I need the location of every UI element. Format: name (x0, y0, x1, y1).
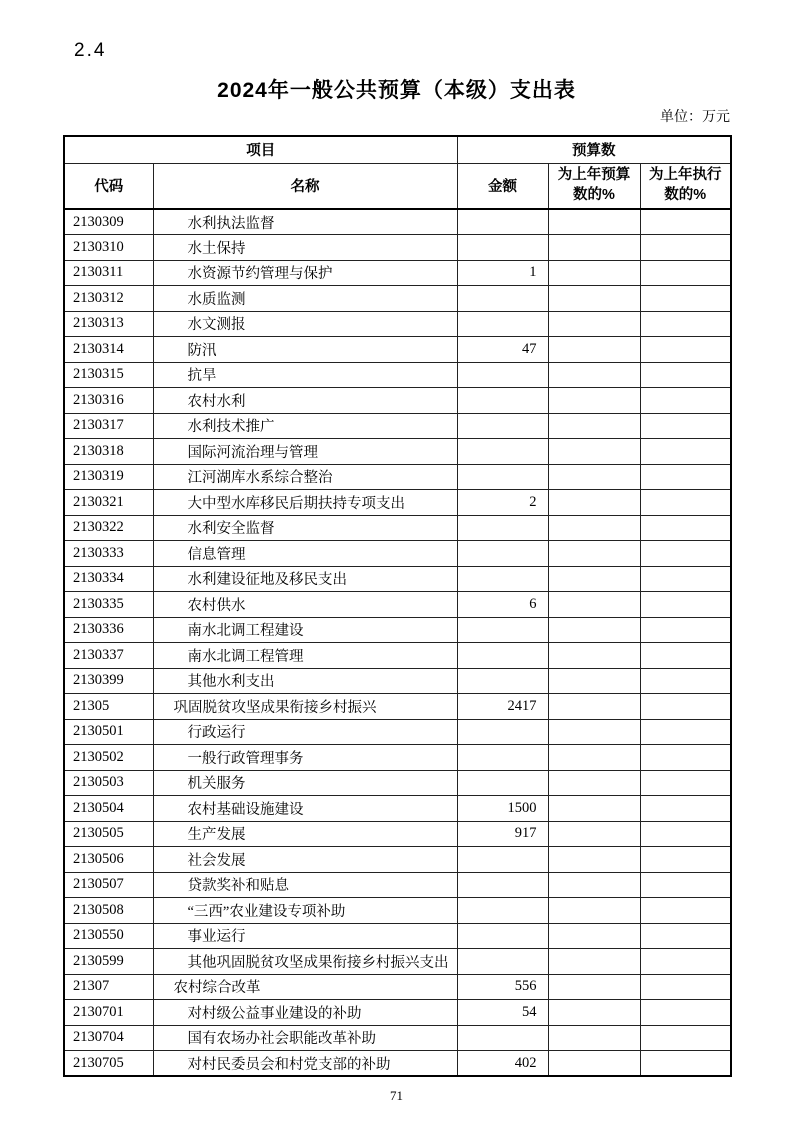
row-amount (457, 311, 548, 337)
row-amount (457, 770, 548, 796)
row-name: 水利安全监督 (153, 515, 457, 541)
row-pct-prev-budget (548, 796, 640, 822)
row-pct-prev-exec (640, 337, 731, 363)
row-name: 社会发展 (153, 847, 457, 873)
section-label: 2.4 (74, 40, 106, 62)
row-name: 机关服务 (153, 770, 457, 796)
row-pct-prev-exec (640, 898, 731, 924)
row-amount (457, 949, 548, 975)
row-pct-prev-budget (548, 821, 640, 847)
row-code: 2130704 (64, 1025, 153, 1051)
page-title: 2024年一般公共预算（本级）支出表 (0, 74, 793, 104)
table-row: 2130336南水北调工程建设 (64, 617, 731, 643)
row-amount: 1500 (457, 796, 548, 822)
row-name: 事业运行 (153, 923, 457, 949)
table-row: 2130335农村供水6 (64, 592, 731, 618)
table-row: 2130504农村基础设施建设1500 (64, 796, 731, 822)
row-pct-prev-budget (548, 566, 640, 592)
row-code: 2130599 (64, 949, 153, 975)
row-amount (457, 1025, 548, 1051)
row-amount (457, 566, 548, 592)
row-pct-prev-budget (548, 592, 640, 618)
table-row: 2130506社会发展 (64, 847, 731, 873)
row-code: 2130508 (64, 898, 153, 924)
row-pct-prev-exec (640, 770, 731, 796)
row-code: 2130313 (64, 311, 153, 337)
table-row: 21307农村综合改革556 (64, 974, 731, 1000)
row-pct-prev-exec (640, 286, 731, 312)
row-amount: 47 (457, 337, 548, 363)
row-amount (457, 388, 548, 414)
row-pct-prev-exec (640, 1000, 731, 1026)
row-amount (457, 872, 548, 898)
table-row: 2130705对村民委员会和村党支部的补助402 (64, 1051, 731, 1077)
header-pct-prev-budget: 为上年预算数的% (548, 163, 640, 209)
row-pct-prev-budget (548, 923, 640, 949)
table-row: 2130311水资源节约管理与保护1 (64, 260, 731, 286)
row-amount: 1 (457, 260, 548, 286)
row-code: 2130314 (64, 337, 153, 363)
row-amount: 54 (457, 1000, 548, 1026)
row-code: 2130318 (64, 439, 153, 465)
row-name: 贷款奖补和贴息 (153, 872, 457, 898)
row-pct-prev-exec (640, 566, 731, 592)
row-name: 江河湖库水系综合整治 (153, 464, 457, 490)
header-project: 项目 (64, 136, 457, 163)
row-pct-prev-budget (548, 847, 640, 873)
table-row: 2130505生产发展917 (64, 821, 731, 847)
table-row: 2130334水利建设征地及移民支出 (64, 566, 731, 592)
row-pct-prev-budget (548, 490, 640, 516)
row-name: 农村基础设施建设 (153, 796, 457, 822)
row-code: 2130504 (64, 796, 153, 822)
row-amount (457, 439, 548, 465)
table-row: 2130333信息管理 (64, 541, 731, 567)
row-amount (457, 235, 548, 261)
table-row: 2130313水文测报 (64, 311, 731, 337)
row-name: 水利执法监督 (153, 209, 457, 235)
row-name: 其他巩固脱贫攻坚成果衔接乡村振兴支出 (153, 949, 457, 975)
row-code: 2130315 (64, 362, 153, 388)
row-pct-prev-budget (548, 617, 640, 643)
row-amount (457, 668, 548, 694)
table-row: 2130322水利安全监督 (64, 515, 731, 541)
row-name: 国际河流治理与管理 (153, 439, 457, 465)
row-code: 2130506 (64, 847, 153, 873)
row-amount (457, 745, 548, 771)
row-pct-prev-budget (548, 413, 640, 439)
table-row: 2130701对村级公益事业建设的补助54 (64, 1000, 731, 1026)
row-amount (457, 464, 548, 490)
row-pct-prev-exec (640, 209, 731, 235)
row-amount (457, 541, 548, 567)
page-number: 71 (0, 1088, 793, 1104)
row-pct-prev-budget (548, 311, 640, 337)
row-name: 信息管理 (153, 541, 457, 567)
row-pct-prev-exec (640, 719, 731, 745)
table-row: 2130315抗旱 (64, 362, 731, 388)
row-pct-prev-budget (548, 745, 640, 771)
row-amount: 2417 (457, 694, 548, 720)
row-pct-prev-exec (640, 260, 731, 286)
row-amount (457, 719, 548, 745)
row-name: 农村供水 (153, 592, 457, 618)
row-code: 2130399 (64, 668, 153, 694)
row-pct-prev-budget (548, 388, 640, 414)
row-name: 水土保持 (153, 235, 457, 261)
table-row: 2130314防汛47 (64, 337, 731, 363)
header-code: 代码 (64, 163, 153, 209)
row-amount: 556 (457, 974, 548, 1000)
row-code: 2130316 (64, 388, 153, 414)
row-amount (457, 413, 548, 439)
table-row: 2130502一般行政管理事务 (64, 745, 731, 771)
row-code: 2130507 (64, 872, 153, 898)
row-name: 水质监测 (153, 286, 457, 312)
row-code: 2130705 (64, 1051, 153, 1077)
row-code: 2130311 (64, 260, 153, 286)
row-pct-prev-budget (548, 260, 640, 286)
row-pct-prev-budget (548, 515, 640, 541)
header-amount: 金额 (457, 163, 548, 209)
table-row: 2130337南水北调工程管理 (64, 643, 731, 669)
row-pct-prev-exec (640, 439, 731, 465)
row-pct-prev-exec (640, 235, 731, 261)
table-row: 2130316农村水利 (64, 388, 731, 414)
row-amount (457, 617, 548, 643)
table-row: 2130503机关服务 (64, 770, 731, 796)
row-code: 2130319 (64, 464, 153, 490)
row-pct-prev-budget (548, 949, 640, 975)
row-pct-prev-exec (640, 1051, 731, 1077)
row-pct-prev-exec (640, 362, 731, 388)
row-pct-prev-exec (640, 388, 731, 414)
row-pct-prev-exec (640, 847, 731, 873)
row-amount (457, 515, 548, 541)
row-pct-prev-exec (640, 515, 731, 541)
row-name: 农村综合改革 (153, 974, 457, 1000)
row-amount (457, 209, 548, 235)
row-pct-prev-budget (548, 643, 640, 669)
row-code: 2130335 (64, 592, 153, 618)
row-code: 2130336 (64, 617, 153, 643)
header-name: 名称 (153, 163, 457, 209)
row-pct-prev-budget (548, 464, 640, 490)
budget-table: 项目 预算数 代码 名称 金额 为上年预算数的% 为上年执行数的% 213030… (63, 135, 732, 1077)
row-pct-prev-exec (640, 490, 731, 516)
row-pct-prev-budget (548, 209, 640, 235)
row-pct-prev-budget (548, 439, 640, 465)
document-page: 2.4 2024年一般公共预算（本级）支出表 单位：万元 项目 预算数 代码 名… (0, 0, 793, 1122)
row-name: 其他水利支出 (153, 668, 457, 694)
row-pct-prev-budget (548, 541, 640, 567)
table-header: 项目 预算数 代码 名称 金额 为上年预算数的% 为上年执行数的% (64, 136, 731, 209)
table-body: 2130309水利执法监督2130310水土保持2130311水资源节约管理与保… (64, 209, 731, 1076)
header-budget-group: 预算数 (457, 136, 731, 163)
row-pct-prev-budget (548, 872, 640, 898)
table-row: 2130501行政运行 (64, 719, 731, 745)
table-row: 2130318国际河流治理与管理 (64, 439, 731, 465)
row-code: 2130333 (64, 541, 153, 567)
row-pct-prev-budget (548, 719, 640, 745)
table-row: 2130310水土保持 (64, 235, 731, 261)
row-pct-prev-budget (548, 668, 640, 694)
header-pct-prev-exec: 为上年执行数的% (640, 163, 731, 209)
row-pct-prev-budget (548, 898, 640, 924)
row-amount (457, 898, 548, 924)
header-row-columns: 代码 名称 金额 为上年预算数的% 为上年执行数的% (64, 163, 731, 209)
row-code: 2130334 (64, 566, 153, 592)
row-code: 2130321 (64, 490, 153, 516)
row-pct-prev-exec (640, 311, 731, 337)
row-pct-prev-exec (640, 745, 731, 771)
row-name: 南水北调工程建设 (153, 617, 457, 643)
row-pct-prev-exec (640, 949, 731, 975)
row-name: 国有农场办社会职能改革补助 (153, 1025, 457, 1051)
table-row: 2130309水利执法监督 (64, 209, 731, 235)
row-amount (457, 286, 548, 312)
row-code: 2130505 (64, 821, 153, 847)
row-code: 21307 (64, 974, 153, 1000)
row-pct-prev-exec (640, 694, 731, 720)
header-row-group: 项目 预算数 (64, 136, 731, 163)
table-row: 2130317水利技术推广 (64, 413, 731, 439)
row-name: 抗旱 (153, 362, 457, 388)
row-pct-prev-exec (640, 464, 731, 490)
row-pct-prev-exec (640, 796, 731, 822)
row-pct-prev-exec (640, 592, 731, 618)
row-pct-prev-budget (548, 235, 640, 261)
row-code: 2130312 (64, 286, 153, 312)
row-pct-prev-exec (640, 643, 731, 669)
row-pct-prev-budget (548, 770, 640, 796)
table-row: 2130508“三西”农业建设专项补助 (64, 898, 731, 924)
row-code: 2130309 (64, 209, 153, 235)
row-pct-prev-budget (548, 362, 640, 388)
row-amount (457, 643, 548, 669)
table-row: 2130312水质监测 (64, 286, 731, 312)
table-row: 21305巩固脱贫攻坚成果衔接乡村振兴2417 (64, 694, 731, 720)
row-amount (457, 362, 548, 388)
row-name: 对村民委员会和村党支部的补助 (153, 1051, 457, 1077)
row-name: 水利建设征地及移民支出 (153, 566, 457, 592)
row-code: 2130337 (64, 643, 153, 669)
row-pct-prev-exec (640, 668, 731, 694)
table-row: 2130399其他水利支出 (64, 668, 731, 694)
row-pct-prev-exec (640, 974, 731, 1000)
row-code: 2130322 (64, 515, 153, 541)
table-row: 2130319江河湖库水系综合整治 (64, 464, 731, 490)
row-name: 水文测报 (153, 311, 457, 337)
row-amount (457, 923, 548, 949)
row-name: 一般行政管理事务 (153, 745, 457, 771)
row-name: “三西”农业建设专项补助 (153, 898, 457, 924)
row-pct-prev-exec (640, 821, 731, 847)
row-pct-prev-budget (548, 1025, 640, 1051)
row-pct-prev-exec (640, 872, 731, 898)
row-code: 2130501 (64, 719, 153, 745)
row-pct-prev-budget (548, 694, 640, 720)
row-name: 对村级公益事业建设的补助 (153, 1000, 457, 1026)
row-amount (457, 847, 548, 873)
row-code: 2130503 (64, 770, 153, 796)
row-pct-prev-exec (640, 1025, 731, 1051)
row-name: 水利技术推广 (153, 413, 457, 439)
row-code: 2130317 (64, 413, 153, 439)
unit-label: 单位：万元 (660, 106, 730, 126)
row-pct-prev-exec (640, 617, 731, 643)
row-name: 大中型水库移民后期扶持专项支出 (153, 490, 457, 516)
table-row: 2130704国有农场办社会职能改革补助 (64, 1025, 731, 1051)
row-pct-prev-budget (548, 1051, 640, 1077)
row-amount: 402 (457, 1051, 548, 1077)
row-code: 2130310 (64, 235, 153, 261)
row-name: 农村水利 (153, 388, 457, 414)
row-pct-prev-exec (640, 413, 731, 439)
row-amount: 917 (457, 821, 548, 847)
row-code: 2130502 (64, 745, 153, 771)
row-pct-prev-budget (548, 286, 640, 312)
row-code: 2130550 (64, 923, 153, 949)
row-pct-prev-exec (640, 923, 731, 949)
row-amount: 6 (457, 592, 548, 618)
table-row: 2130321大中型水库移民后期扶持专项支出2 (64, 490, 731, 516)
table-row: 2130599其他巩固脱贫攻坚成果衔接乡村振兴支出 (64, 949, 731, 975)
row-name: 巩固脱贫攻坚成果衔接乡村振兴 (153, 694, 457, 720)
row-code: 2130701 (64, 1000, 153, 1026)
row-pct-prev-budget (548, 1000, 640, 1026)
row-code: 21305 (64, 694, 153, 720)
row-name: 水资源节约管理与保护 (153, 260, 457, 286)
row-pct-prev-exec (640, 541, 731, 567)
table-row: 2130550事业运行 (64, 923, 731, 949)
table-row: 2130507贷款奖补和贴息 (64, 872, 731, 898)
row-amount: 2 (457, 490, 548, 516)
row-name: 生产发展 (153, 821, 457, 847)
row-name: 南水北调工程管理 (153, 643, 457, 669)
row-pct-prev-budget (548, 337, 640, 363)
row-name: 行政运行 (153, 719, 457, 745)
row-name: 防汛 (153, 337, 457, 363)
row-pct-prev-budget (548, 974, 640, 1000)
